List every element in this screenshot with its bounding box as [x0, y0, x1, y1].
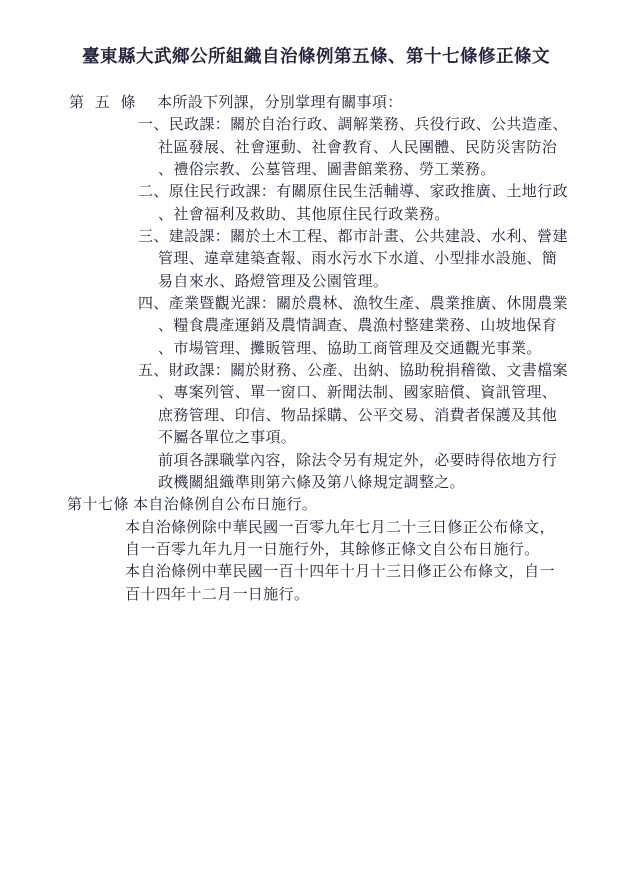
article-text: 本所設下列課，分別掌理有關事項：	[157, 93, 403, 111]
text-line: 二、原住民行政課：有關原住民生活輔導、家政推廣、土地行政	[0, 180, 632, 202]
text-line: 本自治條例除中華民國一百零九年七月二十三日修正公布條文，	[0, 516, 632, 538]
text-line: 百十四年十二月一日施行。	[0, 583, 632, 605]
document-title: 臺東縣大武鄉公所組織自治條例第五條、第十七條修正條文	[0, 43, 632, 68]
text-line: 、糧食農產運銷及農情調查、農漁村整建業務、山坡地保育	[0, 314, 632, 336]
text-line: 庶務管理、印信、物品採購、公平交易、消費者保護及其他	[0, 404, 632, 426]
article-number-label: 第十七條	[67, 493, 133, 515]
text-line: 五、財政課：關於財務、公產、出納、協助稅捐稽徵、文書檔案	[0, 359, 632, 381]
text-line: 第 五 條本所設下列課，分別掌理有關事項：	[0, 91, 632, 113]
document-body: 第 五 條本所設下列課，分別掌理有關事項：一、民政課：關於自治行政、調解業務、兵…	[0, 91, 632, 605]
text-line: 、社會福利及救助、其他原住民行政業務。	[0, 203, 632, 225]
text-line: 政機關組織準則第六條及第八條規定調整之。	[0, 471, 632, 493]
document-page: 臺東縣大武鄉公所組織自治條例第五條、第十七條修正條文 第 五 條本所設下列課，分…	[0, 0, 632, 893]
text-line: 、專案列管、單一窗口、新聞法制、國家賠償、資訊管理、	[0, 381, 632, 403]
text-line: 一、民政課：關於自治行政、調解業務、兵役行政、公共造產、	[0, 113, 632, 135]
text-line: 、禮俗宗教、公墓管理、圖書館業務、勞工業務。	[0, 158, 632, 180]
text-line: 三、建設課：關於土木工程、都市計畫、公共建設、水利、營建	[0, 225, 632, 247]
article-number-label: 第 五 條	[69, 91, 157, 113]
text-line: 四、產業暨觀光課：關於農林、漁牧生產、農業推廣、休閒農業	[0, 292, 632, 314]
text-line: 管理、違章建築查報、雨水污水下水道、小型排水設施、簡	[0, 247, 632, 269]
text-line: 易自來水、路燈管理及公園管理。	[0, 270, 632, 292]
text-line: 社區發展、社會運動、社會教育、人民團體、民防災害防治	[0, 136, 632, 158]
text-line: 本自治條例中華民國一百十四年十月十三日修正公布條文，自一	[0, 560, 632, 582]
text-line: 前項各課職掌內容，除法令另有規定外，必要時得依地方行	[0, 449, 632, 471]
text-line: 第十七條本自治條例自公布日施行。	[0, 493, 632, 515]
article-text: 本自治條例自公布日施行。	[133, 495, 317, 513]
text-line: 自一百零九年九月一日施行外，其餘修正條文自公布日施行。	[0, 538, 632, 560]
text-line: 、市場管理、攤販管理、協助工商管理及交通觀光事業。	[0, 337, 632, 359]
text-line: 不屬各單位之事項。	[0, 426, 632, 448]
